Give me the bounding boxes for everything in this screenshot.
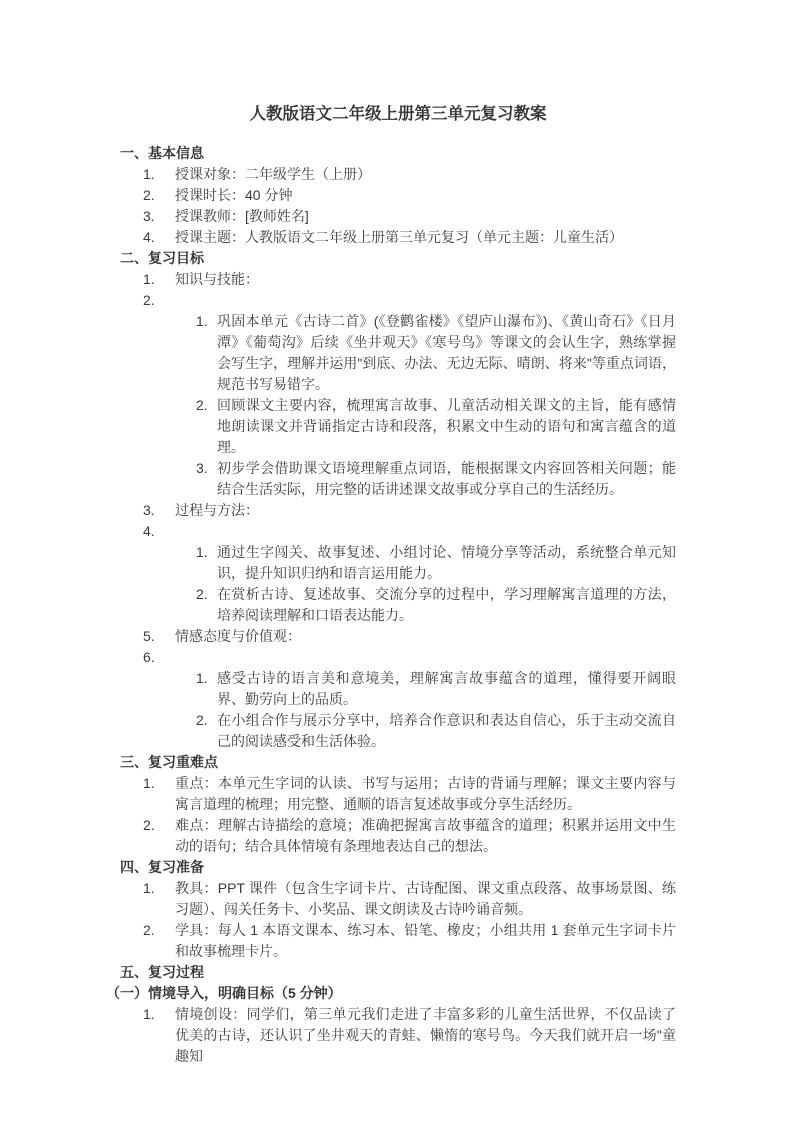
list-item: 2. 授课时长：40 分钟 — [120, 185, 676, 206]
list-item: 1. 授课对象：二年级学生（上册） — [120, 164, 676, 185]
list-item: 2. 难点：理解古诗描绘的意境；准确把握寓言故事蕴含的道理；积累并运用文中生动的… — [120, 815, 676, 857]
list-item: 2. 学具：每人 1 本语文课本、练习本、铅笔、橡皮；小组共用 1 套单元生字词… — [120, 920, 676, 962]
list-item: 1. 重点：本单元生字词的认读、书写与运用；古诗的背诵与理解；课文主要内容与寓言… — [120, 773, 676, 815]
list-item: 1. 通过生字闯关、故事复述、小组讨论、情境分享等活动，系统整合单元知识，提升知… — [120, 542, 676, 584]
list-item: 1. 教具：PPT 课件（包含生字词卡片、古诗配图、课文重点段落、故事场景图、练… — [120, 878, 676, 920]
section-heading-review-goals: 二、复习目标 — [120, 248, 676, 269]
section-heading-key-difficulties: 三、复习重难点 — [120, 752, 676, 773]
list-item: 1. 情境创设：同学们，第三单元我们走进了丰富多彩的儿童生活世界，不仅品读了优美… — [120, 1004, 676, 1067]
list-item-text: 感受古诗的语言美和意境美，理解寓言故事蕴含的道理，懂得要开阔眼界、勤劳向上的品质… — [217, 668, 676, 710]
list-item-number: 5. — [143, 626, 175, 647]
list-item-number: 4. — [143, 521, 175, 542]
list-item-number: 2. — [196, 584, 217, 605]
list-item: 2. 在赏析古诗、复述故事、交流分享的过程中，学习理解寓言道理的方法，培养阅读理… — [120, 584, 676, 626]
list-item: 2. 回顾课文主要内容，梳理寓言故事、儿童活动相关课文的主旨，能有感情地朗读课文… — [120, 395, 676, 458]
list-item-text: 学具：每人 1 本语文课本、练习本、铅笔、橡皮；小组共用 1 套单元生字词卡片和… — [175, 920, 676, 962]
list-item-number: 2. — [196, 710, 217, 731]
list-item-text: 通过生字闯关、故事复述、小组讨论、情境分享等活动，系统整合单元知识，提升知识归纳… — [217, 542, 676, 584]
list-item-text: 初步学会借助课文语境理解重点词语，能根据课文内容回答相关问题；能结合生活实际，用… — [217, 458, 676, 500]
list-item: 3. 授课教师：[教师姓名] — [120, 206, 676, 227]
list-item: 4. 授课主题：人教版语文二年级上册第三单元复习（单元主题：儿童生活） — [120, 227, 676, 248]
document-page: 人教版语文二年级上册第三单元复习教案 一、基本信息 1. 授课对象：二年级学生（… — [0, 0, 794, 1123]
list-item-number: 1. — [143, 269, 175, 290]
list-item-text: 授课教师：[教师姓名] — [175, 206, 676, 227]
list-item-text: 回顾课文主要内容，梳理寓言故事、儿童活动相关课文的主旨，能有感情地朗读课文并背诵… — [217, 395, 676, 458]
list-item-number: 1. — [143, 773, 175, 794]
list-item: 3. 初步学会借助课文语境理解重点词语，能根据课文内容回答相关问题；能结合生活实… — [120, 458, 676, 500]
list-item-number: 3. — [196, 458, 217, 479]
list-item: 1. 知识与技能： — [120, 269, 676, 290]
list-item-number: 2. — [143, 185, 175, 206]
list-item-number: 1. — [196, 668, 217, 689]
list-item: 1. 巩固本单元《古诗二首》(《登鹳雀楼》《望庐山瀑布》)、《黄山奇石》《日月潭… — [120, 311, 676, 395]
list-item-number: 1. — [196, 542, 217, 563]
list-item: 1. 感受古诗的语言美和意境美，理解寓言故事蕴含的道理，懂得要开阔眼界、勤劳向上… — [120, 668, 676, 710]
list-item-number: 1. — [143, 164, 175, 185]
document-title: 人教版语文二年级上册第三单元复习教案 — [120, 103, 676, 126]
list-item-number: 4. — [143, 227, 175, 248]
list-item-text: 情境创设：同学们，第三单元我们走进了丰富多彩的儿童生活世界，不仅品读了优美的古诗… — [175, 1004, 676, 1067]
subsection-heading-lead-in: （一）情境导入，明确目标（5 分钟） — [106, 983, 676, 1004]
list-item-number: 3. — [143, 500, 175, 521]
list-item-text: 授课对象：二年级学生（上册） — [175, 164, 676, 185]
list-item-text: 巩固本单元《古诗二首》(《登鹳雀楼》《望庐山瀑布》)、《黄山奇石》《日月潭》《葡… — [217, 311, 676, 395]
list-item-number: 6. — [143, 647, 175, 668]
list-item: 2. 在小组合作与展示分享中，培养合作意识和表达自信心，乐于主动交流自己的阅读感… — [120, 710, 676, 752]
list-item: 3. 过程与方法： — [120, 500, 676, 521]
list-item-text: 授课主题：人教版语文二年级上册第三单元复习（单元主题：儿童生活） — [175, 227, 676, 248]
list-item-text: 情感态度与价值观： — [175, 626, 676, 647]
section-heading-preparation: 四、复习准备 — [120, 857, 676, 878]
section-heading-basic-info: 一、基本信息 — [120, 143, 676, 164]
list-item-text: 知识与技能： — [175, 269, 676, 290]
list-item-text: 重点：本单元生字词的认读、书写与运用；古诗的背诵与理解；课文主要内容与寓言道理的… — [175, 773, 676, 815]
list-item-number: 2. — [143, 920, 175, 941]
list-item-text: 教具：PPT 课件（包含生字词卡片、古诗配图、课文重点段落、故事场景图、练习题）… — [175, 878, 676, 920]
list-item-text: 在小组合作与展示分享中，培养合作意识和表达自信心，乐于主动交流自己的阅读感受和生… — [217, 710, 676, 752]
list-item-number: 3. — [143, 206, 175, 227]
section-heading-review-process: 五、复习过程 — [120, 962, 676, 983]
list-item-text: 过程与方法： — [175, 500, 676, 521]
list-item-text: 在赏析古诗、复述故事、交流分享的过程中，学习理解寓言道理的方法，培养阅读理解和口… — [217, 584, 676, 626]
list-item-number: 1. — [143, 878, 175, 899]
list-item-number: 1. — [143, 1004, 175, 1025]
list-item-number: 1. — [196, 311, 217, 332]
list-item-text: 难点：理解古诗描绘的意境；准确把握寓言故事蕴含的道理；积累并运用文中生动的语句；… — [175, 815, 676, 857]
list-item-number: 2. — [143, 290, 175, 311]
list-item: 5. 情感态度与价值观： — [120, 626, 676, 647]
list-item-number: 2. — [196, 395, 217, 416]
list-item: 6. — [120, 647, 676, 668]
list-item: 2. — [120, 290, 676, 311]
list-item-text: 授课时长：40 分钟 — [175, 185, 676, 206]
list-item-number: 2. — [143, 815, 175, 836]
list-item: 4. — [120, 521, 676, 542]
